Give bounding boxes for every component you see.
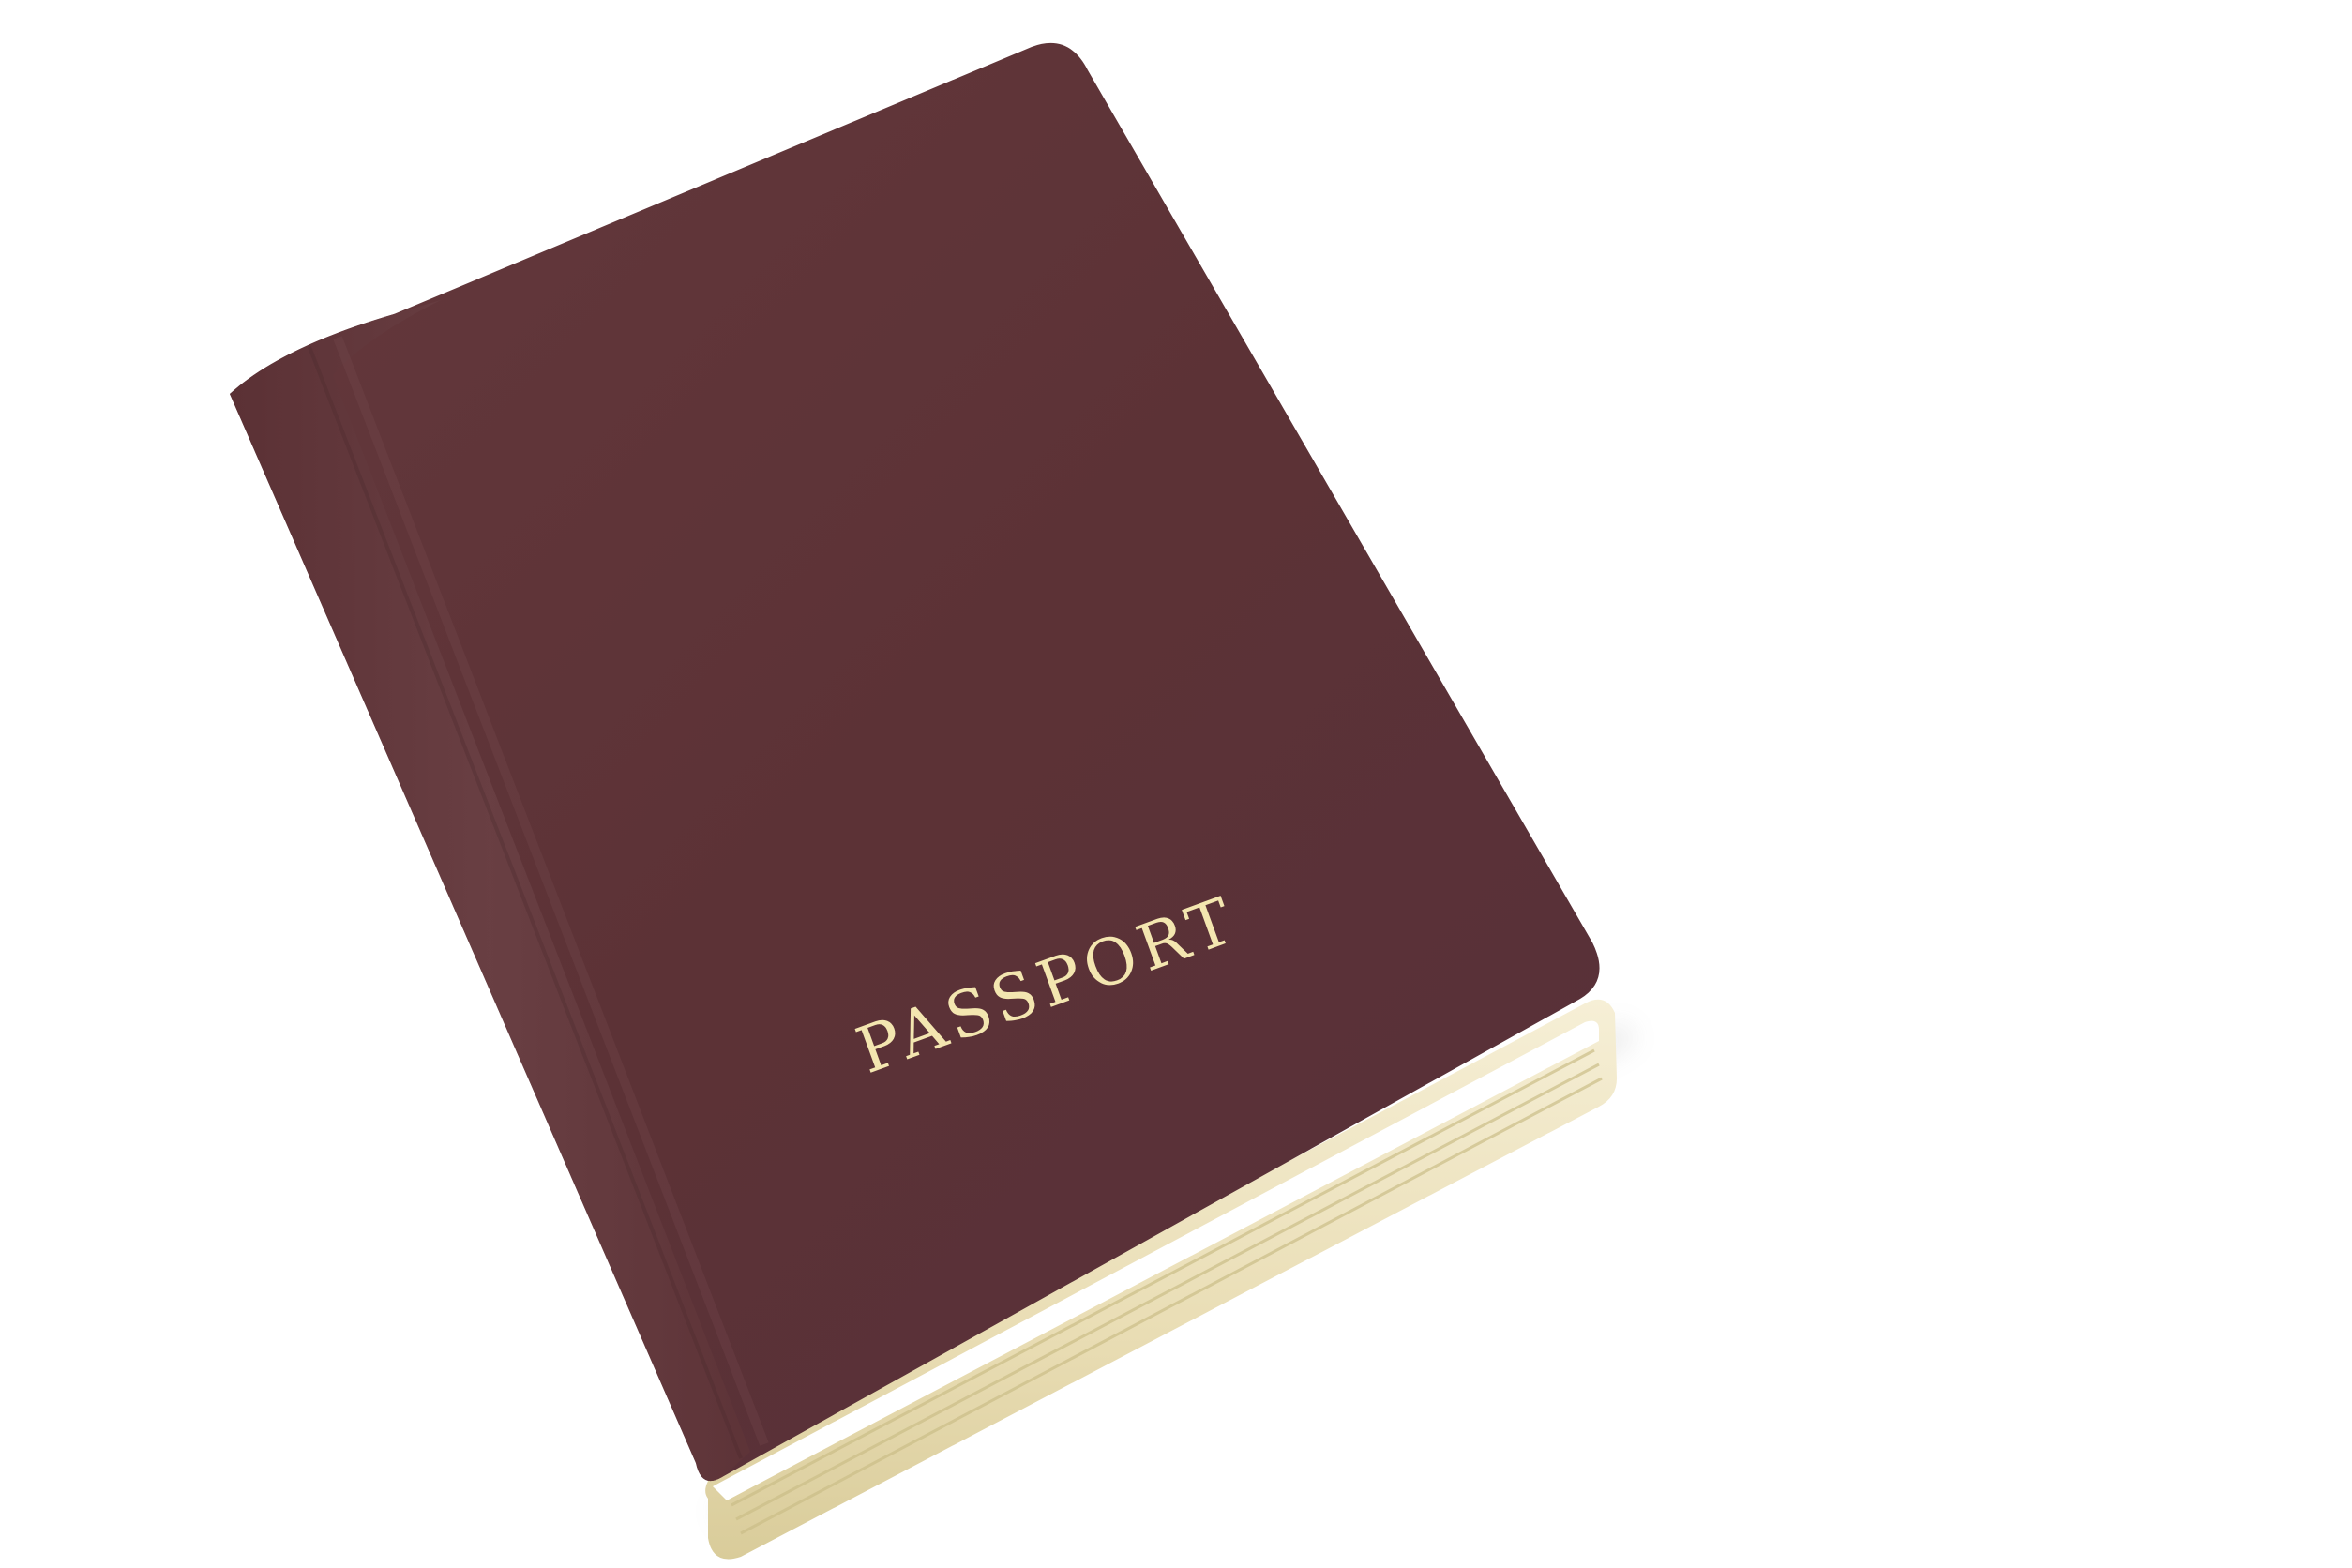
passport-photo: PASSPORT	[0, 0, 2352, 1568]
